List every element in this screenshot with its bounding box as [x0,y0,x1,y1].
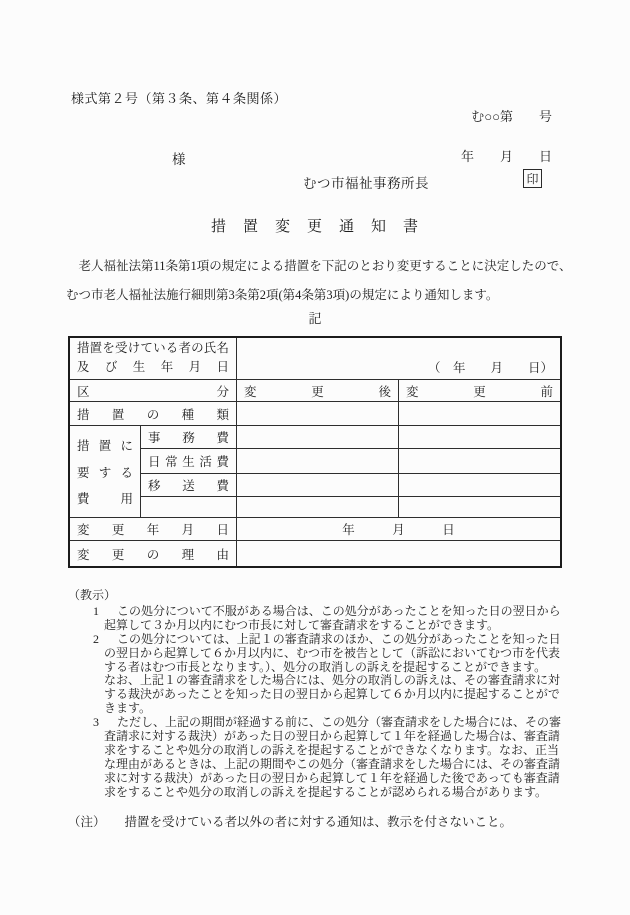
notice-line: の翌日から起算して６か月以内に、むつ市を被告として（訴訟においてむつ市を代表 [104,647,568,661]
cost-row-office: 事務費 [141,426,560,449]
form-number: 様式第２号（第３条、第４条関係） [71,88,287,107]
item-number: 3 [93,716,117,730]
before-header: 変更前 [406,382,553,400]
notice-line: 3ただし、上記の期間が経過する前に、この処分（審査請求をした場合には、その審 [93,716,568,730]
appeal-instruction-item-1: 1この処分について不服がある場合は、この処分があったことを知った日の翌日から 起… [68,605,568,633]
cost-item-label-cell: 移送費 [141,474,237,496]
cost-item-label-cell: 事務費 [141,426,237,448]
document-title: 措 置 変 更 通 知 書 [0,215,630,236]
table-row-headers: 区分 変更後 変更前 [70,380,560,403]
notice-line: 求に対する裁決）があった日の翌日から起算して１年を経過した後であっても審査請 [104,772,568,786]
item-number: 2 [93,633,117,647]
cost-item-label-cell: 日常生活費 [141,449,237,473]
cost-after-cell [237,426,399,448]
cost-before-cell [399,497,560,517]
cost-after-cell [237,497,399,517]
cost-subtable: 事務費 日常生活費 移送費 [141,426,560,517]
record-marker: 記 [0,308,630,327]
notice-line: な理由があるときは、上記の期間やこの処分（審査請求をした場合には、その審査請 [104,758,568,772]
table-row-change-reason: 変更の理由 [70,541,560,566]
cost-item-label-cell [141,497,237,517]
change-date-value: 年 月 日 [342,520,455,538]
footnote-text: 措置を受けている者以外の者に対する通知は、教示を付さないこと。 [125,812,513,830]
name-label-line2: 及び生年月日 [77,358,229,377]
notice-line: 1この処分について不服がある場合は、この処分があったことを知った日の翌日から [93,605,568,619]
seal-character: 印 [526,170,538,187]
body-line: 老人福祉法第11条第1項の規定による措置を下記のとおり変更することに決定したので… [66,252,566,281]
cost-before-cell [399,426,560,448]
document-page: 様式第２号（第３条、第４条関係） む○○第 号 年 月 日 様 むつ市福祉事務所… [0,0,630,915]
notice-line: 査請求に対する裁決）があった日の翌日から起算して１年を経過した場合は、審査請 [104,730,568,744]
cost-item-label: 移送費 [148,476,229,494]
notice-text: この処分について不服がある場合は、この処分があったことを知った日の翌日から [117,604,561,618]
name-label-cell: 措置を受けている者の氏名 及び生年月日 [70,338,237,379]
document-number: む○○第 号 [471,106,552,125]
cost-item-label: 日常生活費 [148,452,229,470]
cost-row-blank [141,497,560,517]
table-row-measure-type: 措置の種類 [70,402,560,426]
before-header-cell: 変更前 [399,380,560,402]
notice-text: ただし、上記の期間が経過する前に、この処分（審査請求をした場合には、その審 [117,715,561,729]
measure-type-before-cell [399,402,560,425]
addressee-honorific: 様 [172,148,186,168]
change-reason-value-cell [237,541,560,566]
change-date-value-cell: 年 月 日 [237,518,560,540]
body-paragraph: 老人福祉法第11条第1項の規定による措置を下記のとおり変更することに決定したので… [66,252,566,310]
cost-label-line: 措置に [77,436,133,454]
change-date-label-cell: 変更年月日 [70,518,237,540]
footnote-label: （注） [68,812,106,830]
change-date-label: 変更年月日 [77,520,229,538]
item-number: 1 [93,605,117,619]
cost-after-cell [237,449,399,473]
notice-line: 起算して３か月以内にむつ市長に対して審査請求をすることができます。 [104,619,568,633]
cost-item-label: 事務費 [148,428,229,446]
cost-label-line: 要する [77,463,133,481]
measure-type-label-cell: 措置の種類 [70,402,237,425]
table-row-name: 措置を受けている者の氏名 及び生年月日 （ 年 月 日） [70,338,560,380]
measure-type-after-cell [237,402,399,425]
notice-line: 求をすることや処分の取消しの訴えを提起することが認められる場合があります。 [104,786,568,800]
appeal-instructions: （教示） 1この処分について不服がある場合は、この処分があったことを知った日の翌… [68,589,568,800]
notice-text: この処分については、上記１の審査請求のほか、この処分があったことを知った日 [117,632,561,646]
body-line: むつ市老人福祉法施行細則第3条第2項(第4条第3項)の規定により通知します。 [66,281,566,310]
cost-before-cell [399,449,560,473]
appeal-instruction-item-3: 3ただし、上記の期間が経過する前に、この処分（審査請求をした場合には、その審 査… [68,716,568,799]
appeal-instructions-heading: （教示） [68,589,568,603]
name-label-line1: 措置を受けている者の氏名 [77,339,229,358]
sender-title: むつ市福祉事務所長 [303,172,429,192]
notice-line: する裁決があったことを知った日の翌日から起算して６か月以内に提起することがで [104,688,568,702]
after-header-cell: 変更後 [237,380,399,402]
cost-after-cell [237,474,399,496]
change-reason-label: 変更の理由 [77,545,229,563]
name-value-cell: （ 年 月 日） [237,338,560,379]
issue-date: 年 月 日 [461,146,552,165]
notice-line: 2この処分については、上記１の審査請求のほか、この処分があったことを知った日 [93,633,568,647]
cost-row-transport: 移送費 [141,474,560,497]
table-row-costs: 措置に 要する 費用 事務費 日常生活費 [70,426,560,518]
birthdate-hint: （ 年 月 日） [428,358,553,376]
cost-before-cell [399,474,560,496]
footnote: （注） 措置を受けている者以外の者に対する通知は、教示を付さないこと。 [68,812,512,830]
measure-change-table: 措置を受けている者の氏名 及び生年月日 （ 年 月 日） 区分 変更後 変更前 … [68,336,562,568]
appeal-instruction-item-2: 2この処分については、上記１の審査請求のほか、この処分があったことを知った日 の… [68,633,568,716]
category-header: 区分 [77,382,229,400]
category-header-cell: 区分 [70,380,237,402]
measure-type-label: 措置の種類 [77,405,229,423]
cost-label-line: 費用 [77,489,133,507]
seal-stamp-box: 印 [523,169,542,188]
cost-row-daily-life: 日常生活費 [141,449,560,474]
cost-label-cell: 措置に 要する 費用 [70,426,141,517]
notice-line: 求をすることや処分の取消しの訴えを提起することができなくなります。なお、正当 [104,744,568,758]
change-reason-label-cell: 変更の理由 [70,541,237,566]
after-header: 変更後 [244,382,391,400]
table-row-change-date: 変更年月日 年 月 日 [70,518,560,541]
